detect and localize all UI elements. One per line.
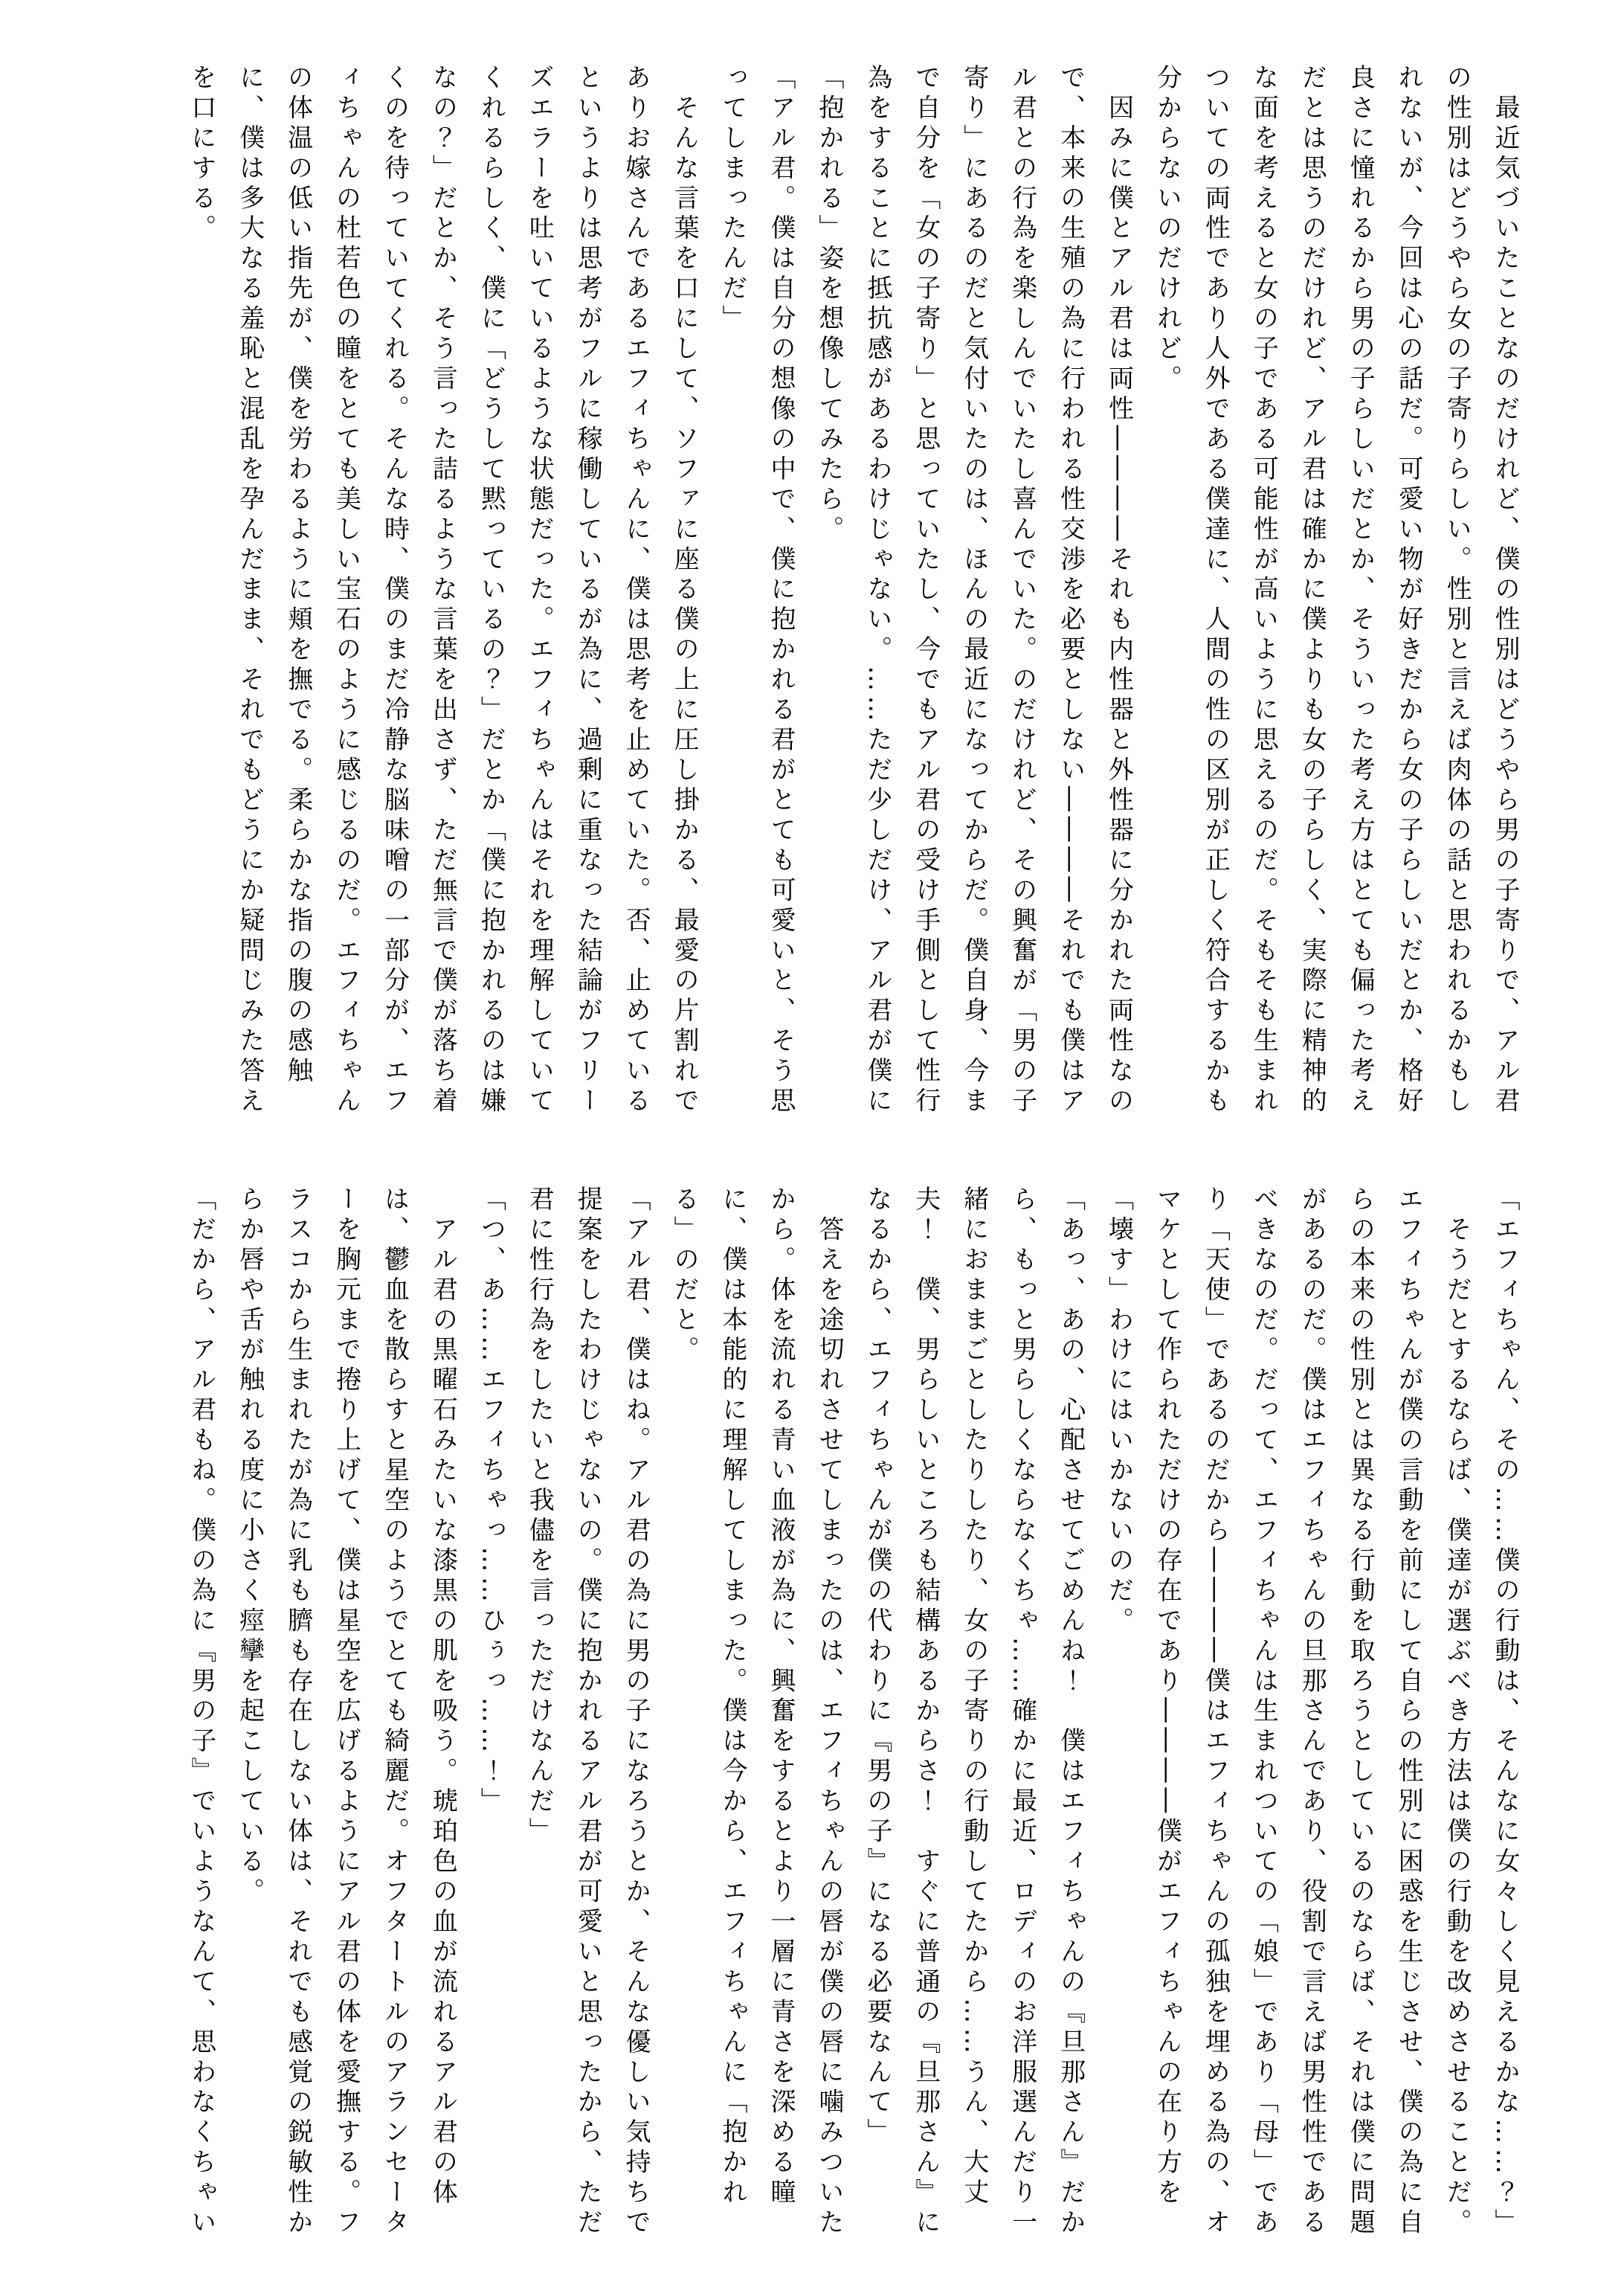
- paragraph: 最近気づいたことなのだけれど、僕の性別はどうやら男の子寄りで、アル君の性別はどう…: [1143, 64, 1530, 1125]
- paragraph: 「エフィちゃん、その……僕の行動は、そんなに女々しく見えるかな……？」: [1480, 1186, 1529, 2249]
- paragraph: 「つ、あ……エフィちゃっ……ひぅっ……！」: [466, 1186, 515, 2249]
- paragraph: そんな言葉を口にして、ソファに座る僕の上に圧し掛かる、最愛の片割れでありお嫁さん…: [177, 64, 708, 1125]
- paragraph: 因みに僕とアル君は両性――――それも内性器と外性器に分かれた両性なので、本来の生…: [805, 64, 1143, 1125]
- paragraph: 「アル君、僕はね。アル君の為に男の子になろうとか、そんな優しい気持ちで提案をした…: [515, 1186, 660, 2249]
- paragraph: 「だから、アル君もね。僕の為に『男の子』でいようなんて、思わなくちゃい: [177, 1186, 225, 2249]
- paragraph: 答えを途切れさせてしまったのは、エフィちゃんの唇が僕の唇に噛みついたから。体を流…: [660, 1186, 853, 2249]
- paragraph: 「あっ、あの、心配させてごめんね！ 僕はエフィちゃんの『旦那さん』だから、もっと…: [853, 1186, 1095, 2249]
- bottom-passage: 「エフィちゃん、その……僕の行動は、そんなに女々しく見えるかな……？」 そうだと…: [177, 1186, 1529, 2249]
- paragraph: アル君の黒曜石みたいな漆黒の肌を吸う。琥珀色の血が流れるアル君の体は、鬱血を散ら…: [225, 1186, 467, 2249]
- paragraph: そうだとするならば、僕達が選ぶべき方法は僕の行動を改めさせることだ。エフィちゃん…: [1095, 1186, 1481, 2249]
- paragraph: 「アル君。僕は自分の想像の中で、僕に抱かれる君がとても可愛いと、そう思ってしまっ…: [708, 64, 805, 1125]
- top-passage: 最近気づいたことなのだけれど、僕の性別はどうやら男の子寄りで、アル君の性別はどう…: [177, 64, 1529, 1125]
- document-page: 最近気づいたことなのだけれど、僕の性別はどうやら男の子寄りで、アル君の性別はどう…: [0, 0, 1624, 2296]
